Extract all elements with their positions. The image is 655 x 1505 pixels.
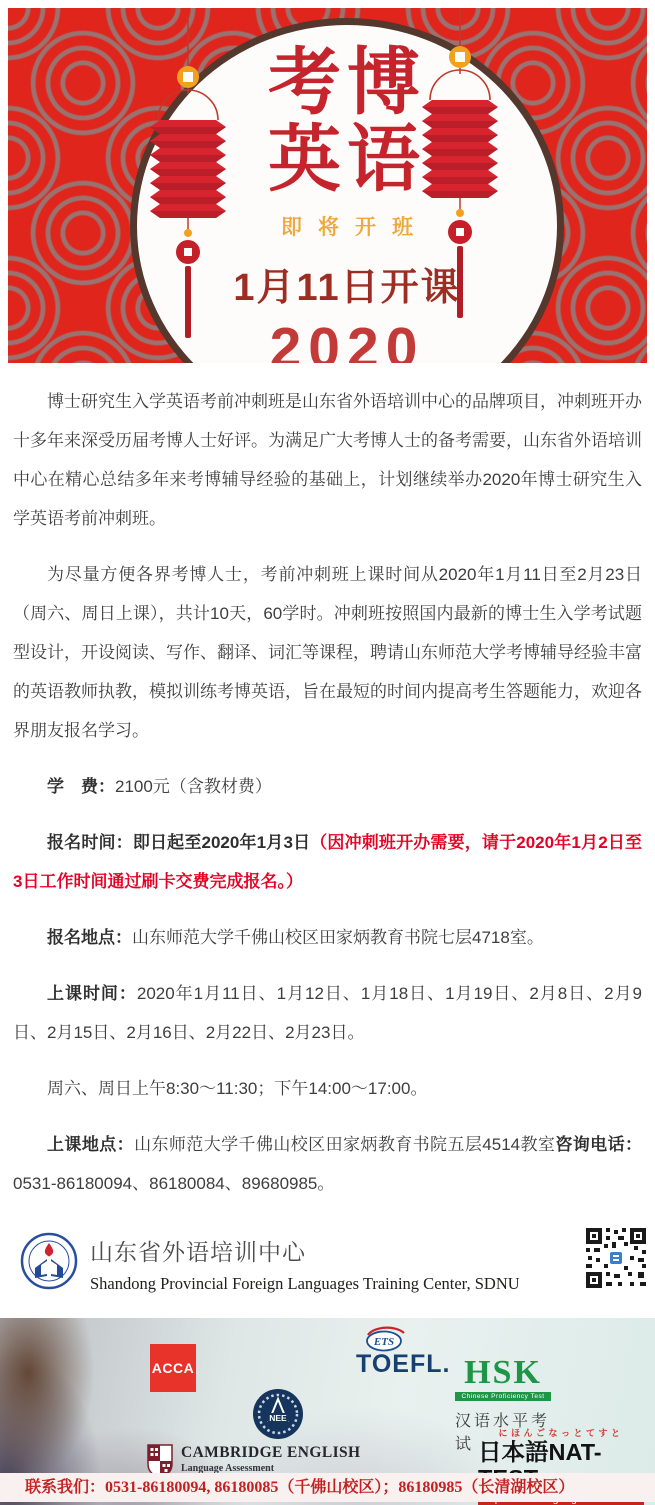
svg-text:TOEFL.: TOEFL. bbox=[356, 1350, 448, 1378]
organization-footer: 山东省外语培训中心 Shandong Provincial Foreign La… bbox=[0, 1222, 655, 1314]
signup-time-value: 即日起至2020年1月3日 bbox=[133, 833, 310, 852]
sdnu-center-logo-icon bbox=[20, 1232, 78, 1290]
promo-banner: ACCA NEE CAMBRIDGE ENGLISH Language Asse… bbox=[0, 1318, 655, 1505]
phone-label: 咨询电话： bbox=[555, 1135, 642, 1154]
acca-logo: ACCA bbox=[150, 1344, 196, 1392]
signup-time-line: 报名时间：即日起至2020年1月3日（因冲刺班开办需要，请于2020年1月2日至… bbox=[13, 823, 642, 901]
class-hours-value: 周六、周日上午8:30～11:30；下午14:00～17:00。 bbox=[47, 1079, 427, 1098]
class-time-label: 上课时间： bbox=[47, 984, 137, 1003]
ets-toefl-logo: ETS TOEFL. bbox=[352, 1326, 448, 1380]
contact-strip: 联系我们：0531-86180094, 86180085（千佛山校区）；8618… bbox=[0, 1473, 655, 1502]
banner-start-date: 1月11日开课 bbox=[233, 256, 460, 311]
class-hours-line: 周六、周日上午8:30～11:30；下午14:00～17:00。 bbox=[13, 1069, 642, 1108]
nee-emblem-icon: NEE bbox=[252, 1387, 304, 1441]
banner-year: 2020 bbox=[270, 315, 425, 363]
banner-subtitle: 即将开班 bbox=[265, 211, 429, 241]
hero-banner: 考博 英语 即将开班 1月11日开课 2020 bbox=[8, 8, 647, 363]
signup-place-label: 报名地点： bbox=[47, 928, 132, 947]
banner-title-line1: 考博 bbox=[268, 44, 426, 121]
signup-place-value: 山东师范大学千佛山校区田家炳教育书院七层4718室。 bbox=[132, 928, 544, 947]
article-body: 博士研究生入学英语考前冲刺班是山东省外语培训中心的品牌项目，冲刺班开办十多年来深… bbox=[0, 382, 655, 1220]
paragraph-schedule-text: 为尽量方便各界考博人士，考前冲刺班上课时间从2020年1月11日至2月23日（周… bbox=[13, 565, 642, 740]
cambridge-title: CAMBRIDGE ENGLISH bbox=[181, 1444, 360, 1462]
fee-value: 2100元（含教材费） bbox=[115, 777, 272, 796]
fee-label: 学 费： bbox=[47, 777, 115, 796]
svg-text:ETS: ETS bbox=[373, 1336, 394, 1348]
signup-place-line: 报名地点：山东师范大学千佛山校区田家炳教育书院七层4718室。 bbox=[13, 918, 642, 957]
class-place-value: 山东师范大学千佛山校区田家炳教育书院五层4514教室 bbox=[134, 1135, 555, 1154]
svg-text:NEE: NEE bbox=[269, 1413, 287, 1423]
class-place-line: 上课地点：山东师范大学千佛山校区田家炳教育书院五层4514教室咨询电话：0531… bbox=[13, 1125, 642, 1203]
qr-code bbox=[584, 1226, 648, 1290]
nat-test-kana: にほんごなっとてすと bbox=[478, 1426, 644, 1439]
banner-title-line2: 英语 bbox=[268, 121, 426, 198]
organization-name-cn: 山东省外语培训中心 bbox=[90, 1234, 520, 1267]
phone-value: 0531-86180094、86180084、89680985。 bbox=[13, 1174, 334, 1193]
hsk-title: HSK bbox=[455, 1356, 551, 1390]
signup-time-label: 报名时间： bbox=[47, 833, 133, 852]
class-place-label: 上课地点： bbox=[47, 1135, 134, 1154]
fee-line: 学 费：2100元（含教材费） bbox=[13, 767, 642, 806]
contact-text: 联系我们：0531-86180094, 86180085（千佛山校区）；8618… bbox=[25, 1479, 574, 1496]
paragraph-intro-text: 博士研究生入学英语考前冲刺班是山东省外语培训中心的品牌项目，冲刺班开办十多年来深… bbox=[13, 392, 642, 528]
organization-names: 山东省外语培训中心 Shandong Provincial Foreign La… bbox=[90, 1234, 520, 1294]
acca-logo-text: ACCA bbox=[152, 1360, 194, 1376]
class-time-line: 上课时间：2020年1月11日、1月12日、1月18日、1月19日、2月8日、2… bbox=[13, 974, 642, 1052]
paragraph-schedule-overview: 为尽量方便各界考博人士，考前冲刺班上课时间从2020年1月11日至2月23日（周… bbox=[13, 555, 642, 750]
organization-name-en: Shandong Provincial Foreign Languages Tr… bbox=[90, 1274, 520, 1294]
hsk-subtitle-bar: Chinese Proficiency Test bbox=[455, 1392, 551, 1401]
article-page: 考博 英语 即将开班 1月11日开课 2020 博士研究生入学英语考前冲刺班是山… bbox=[0, 0, 655, 1505]
paragraph-intro: 博士研究生入学英语考前冲刺班是山东省外语培训中心的品牌项目，冲刺班开办十多年来深… bbox=[13, 382, 642, 538]
